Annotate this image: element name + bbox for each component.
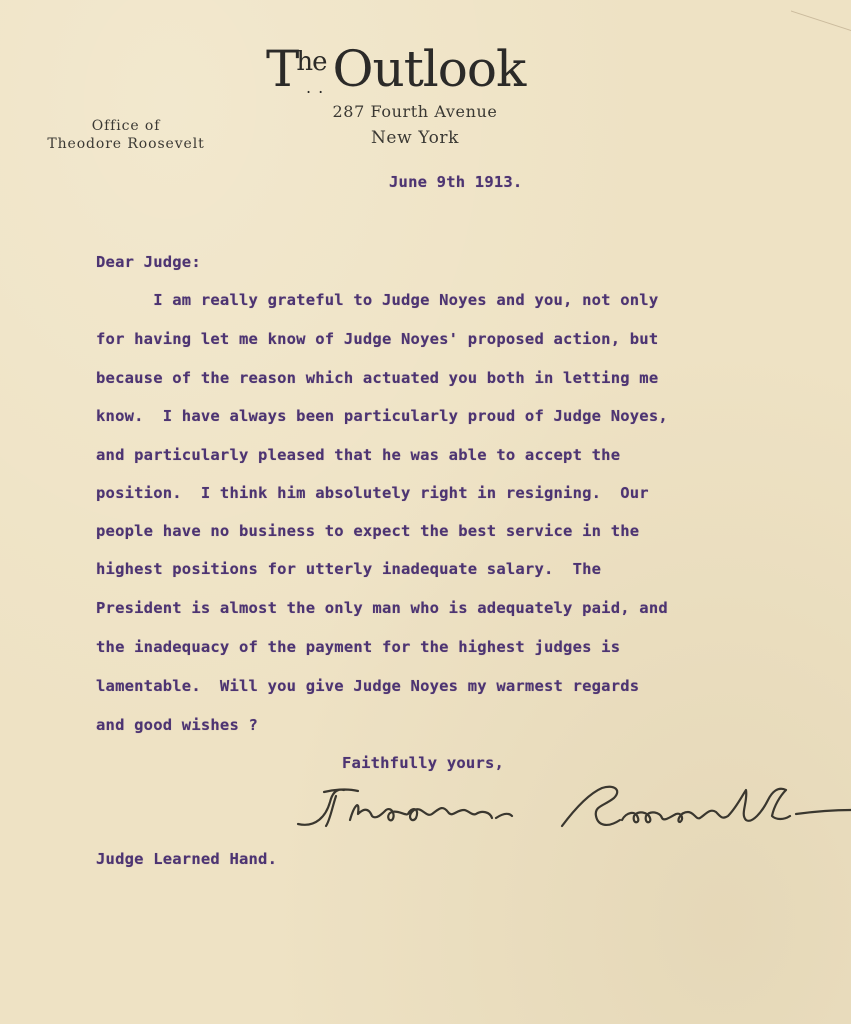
body-line: and good wishes ? [96,716,258,734]
signature-icon [296,776,851,846]
body-line: for having let me know of Judge Noyes' p… [96,330,658,348]
letterhead-title-he: he [296,47,326,77]
letterhead-title-dots: .. [306,80,330,96]
letterhead-address: 287 Fourth Avenue [300,102,530,121]
salutation: Dear Judge: [96,253,201,271]
letterhead-title-t: T [266,40,298,98]
body-line: know. I have always been particularly pr… [96,407,668,425]
body-line: the inadequacy of the payment for the hi… [96,638,620,656]
body-line: I am really grateful to Judge Noyes and … [96,291,658,309]
letterhead-title-main: Outlook [333,40,526,98]
letter-paper: TheOutlook .. 287 Fourth Avenue New York… [0,0,851,1024]
paper-crease [791,0,851,31]
closing: Faithfully yours, [342,754,504,772]
body-line: lamentable. Will you give Judge Noyes my… [96,677,639,695]
recipient: Judge Learned Hand. [96,850,277,868]
body-line: because of the reason which actuated you… [96,369,658,387]
letterhead-city: New York [300,128,530,148]
letter-date: June 9th 1913. [389,173,522,191]
body-line: position. I think him absolutely right i… [96,484,649,502]
body-line: people have no business to expect the be… [96,522,639,540]
handwritten-signature [296,776,851,846]
letterhead-title: TheOutlook .. [266,44,525,94]
body-line: and particularly pleased that he was abl… [96,446,620,464]
body-line: highest positions for utterly inadequate… [96,560,601,578]
office-label: Office of [26,118,226,134]
office-name: Theodore Roosevelt [26,136,226,152]
body-line: President is almost the only man who is … [96,599,668,617]
